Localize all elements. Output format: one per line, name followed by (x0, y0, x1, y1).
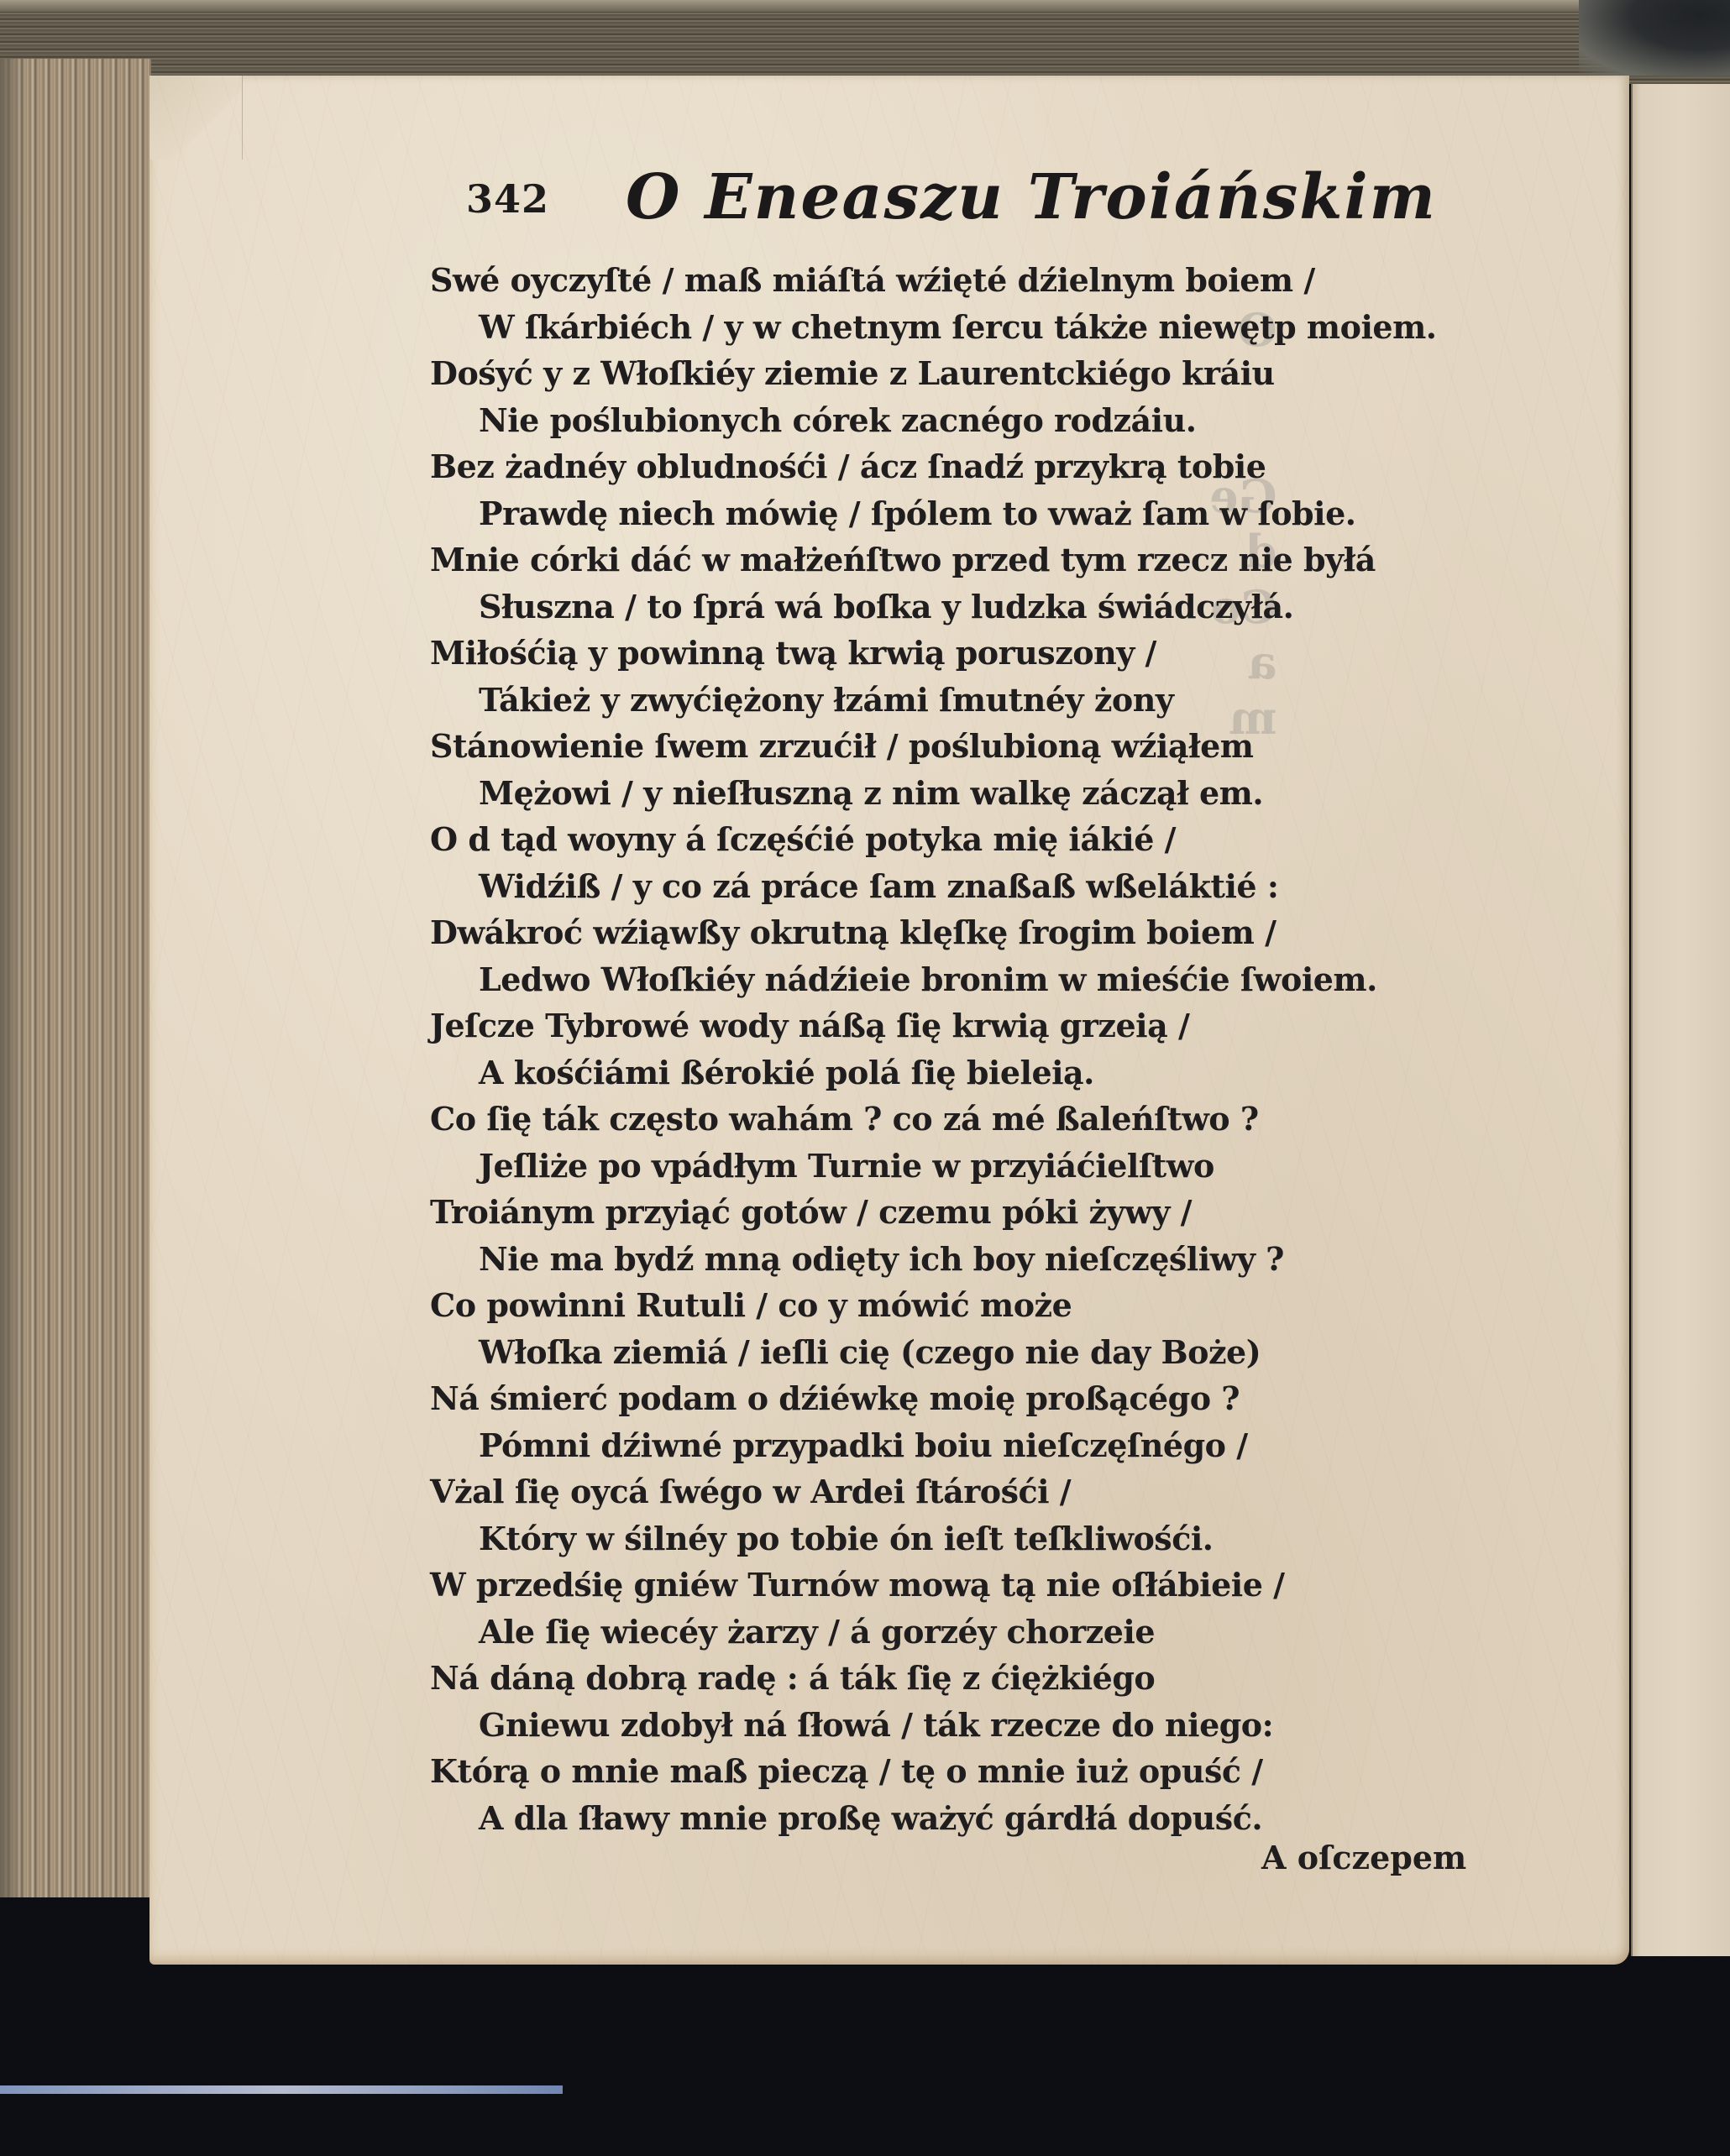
verse-line: Mężowi / y nieſłuszną z nim walkę záczął… (430, 770, 1522, 817)
left-fore-edge-pages (0, 59, 151, 1897)
verse-line: Vżal ſię oycá ſwégo w Ardei ſtárośći / (430, 1468, 1522, 1515)
verse-line: Jeſliże po vpádłym Turnie w przyiáćielſt… (430, 1143, 1522, 1190)
verse-line: Prawdę niech mówię / ſpólem to vważ ſam … (430, 490, 1522, 537)
verse-line: Który w śilnéy po tobie ón ieſt teſkliwo… (430, 1515, 1522, 1562)
verse-line: Ledwo Włoſkiéy nádźieie bronim w mieśćie… (430, 956, 1522, 1003)
verse-line: Włoſka ziemiá / ieſli cię (czego nie day… (430, 1329, 1522, 1376)
verse-line: Nie poślubionych córek zacnégo rodzáiu. (430, 397, 1522, 444)
verse-line: Gniewu zdobył ná ſłowá / ták rzecze do n… (430, 1702, 1522, 1749)
verse-line: Co ſię ták często wahám ? co zá mé ßaleń… (430, 1096, 1522, 1143)
verse-line: O d tąd woyny á ſczęśćié potyka mię iáki… (430, 816, 1522, 863)
scan-artifact (0, 2085, 563, 2094)
book-cover-corner (1579, 0, 1730, 76)
catchword: A oſczepem (1261, 1839, 1466, 1876)
running-title: O Eneaszu Troiáńskim (626, 161, 1437, 233)
verse-line: Troiánym przyiąć gotów / czemu póki żywy… (430, 1189, 1522, 1236)
verse-line: Swé oyczyſté / maß miáſtá wźięté dźielny… (430, 257, 1522, 304)
verse-line: Jeſcze Tybrowé wody náßą ſię krwią grzei… (430, 1002, 1522, 1049)
verse-line: Dwákroć wźiąwßy okrutną klęſkę ſrogim bo… (430, 909, 1522, 956)
verse-line: W ſkárbiéch / y w chetnym ſercu tákże ni… (430, 304, 1522, 351)
verse-line: Pómni dźiwné przypadki boiu nieſczęſnégo… (430, 1422, 1522, 1469)
verse-line: A kośćiámi ßérokié polá ſię bieleią. (430, 1049, 1522, 1096)
verse-line: Mnie córki dáć w małżeńſtwo przed tym rz… (430, 536, 1522, 583)
top-page-edges (0, 0, 1730, 84)
facing-page-edge (1631, 84, 1730, 1956)
verse-line: Ná śmierć podam o dźiéwkę moię proßącégo… (430, 1375, 1522, 1422)
verse-line: Ná dáną dobrą radę : á ták ſię z ćiężkié… (430, 1655, 1522, 1702)
verse-line: Miłośćią y powinną twą krwią poruszony / (430, 630, 1522, 677)
book-scan: O GedCoam 342 O Eneaszu Troiáńskim Swé o… (0, 0, 1730, 2156)
verse-line: A dla ſławy mnie proßę ważyć gárdłá dopu… (430, 1795, 1522, 1842)
verse-line: Tákież y zwyćiężony łzámi ſmutnéy żony (430, 677, 1522, 724)
verse-line: Bez żadnéy obludnośći / ácz ſnadź przykr… (430, 443, 1522, 490)
verse-line: Stánowienie ſwem zrzućił / poślubioną wź… (430, 723, 1522, 770)
verse-line: Którą o mnie maß pieczą / tę o mnie iuż … (430, 1748, 1522, 1795)
verse-line: W przedśię gniéw Turnów mową tą nie oſłá… (430, 1562, 1522, 1609)
page-number: 342 (466, 176, 549, 222)
running-head: 342 (466, 176, 549, 222)
verse-block: Swé oyczyſté / maß miáſtá wźięté dźielny… (430, 257, 1522, 1841)
verse-line: Nie ma bydź mną odięty ich boy nieſczęśl… (430, 1236, 1522, 1283)
verse-line: Słuszna / to ſprá wá boſka y ludzka świá… (430, 583, 1522, 631)
verse-line: Dośyć y z Włoſkiéy ziemie z Laurentckiég… (430, 350, 1522, 397)
verse-line: Widźiß / y co zá práce ſam znaßaß wßelák… (430, 863, 1522, 910)
folded-corner (149, 76, 243, 160)
verse-line: Co powinni Rutuli / co y mówić może (430, 1282, 1522, 1329)
verse-line: Ale ſię wiecéy żarzy / á gorzéy chorzeie (430, 1609, 1522, 1656)
